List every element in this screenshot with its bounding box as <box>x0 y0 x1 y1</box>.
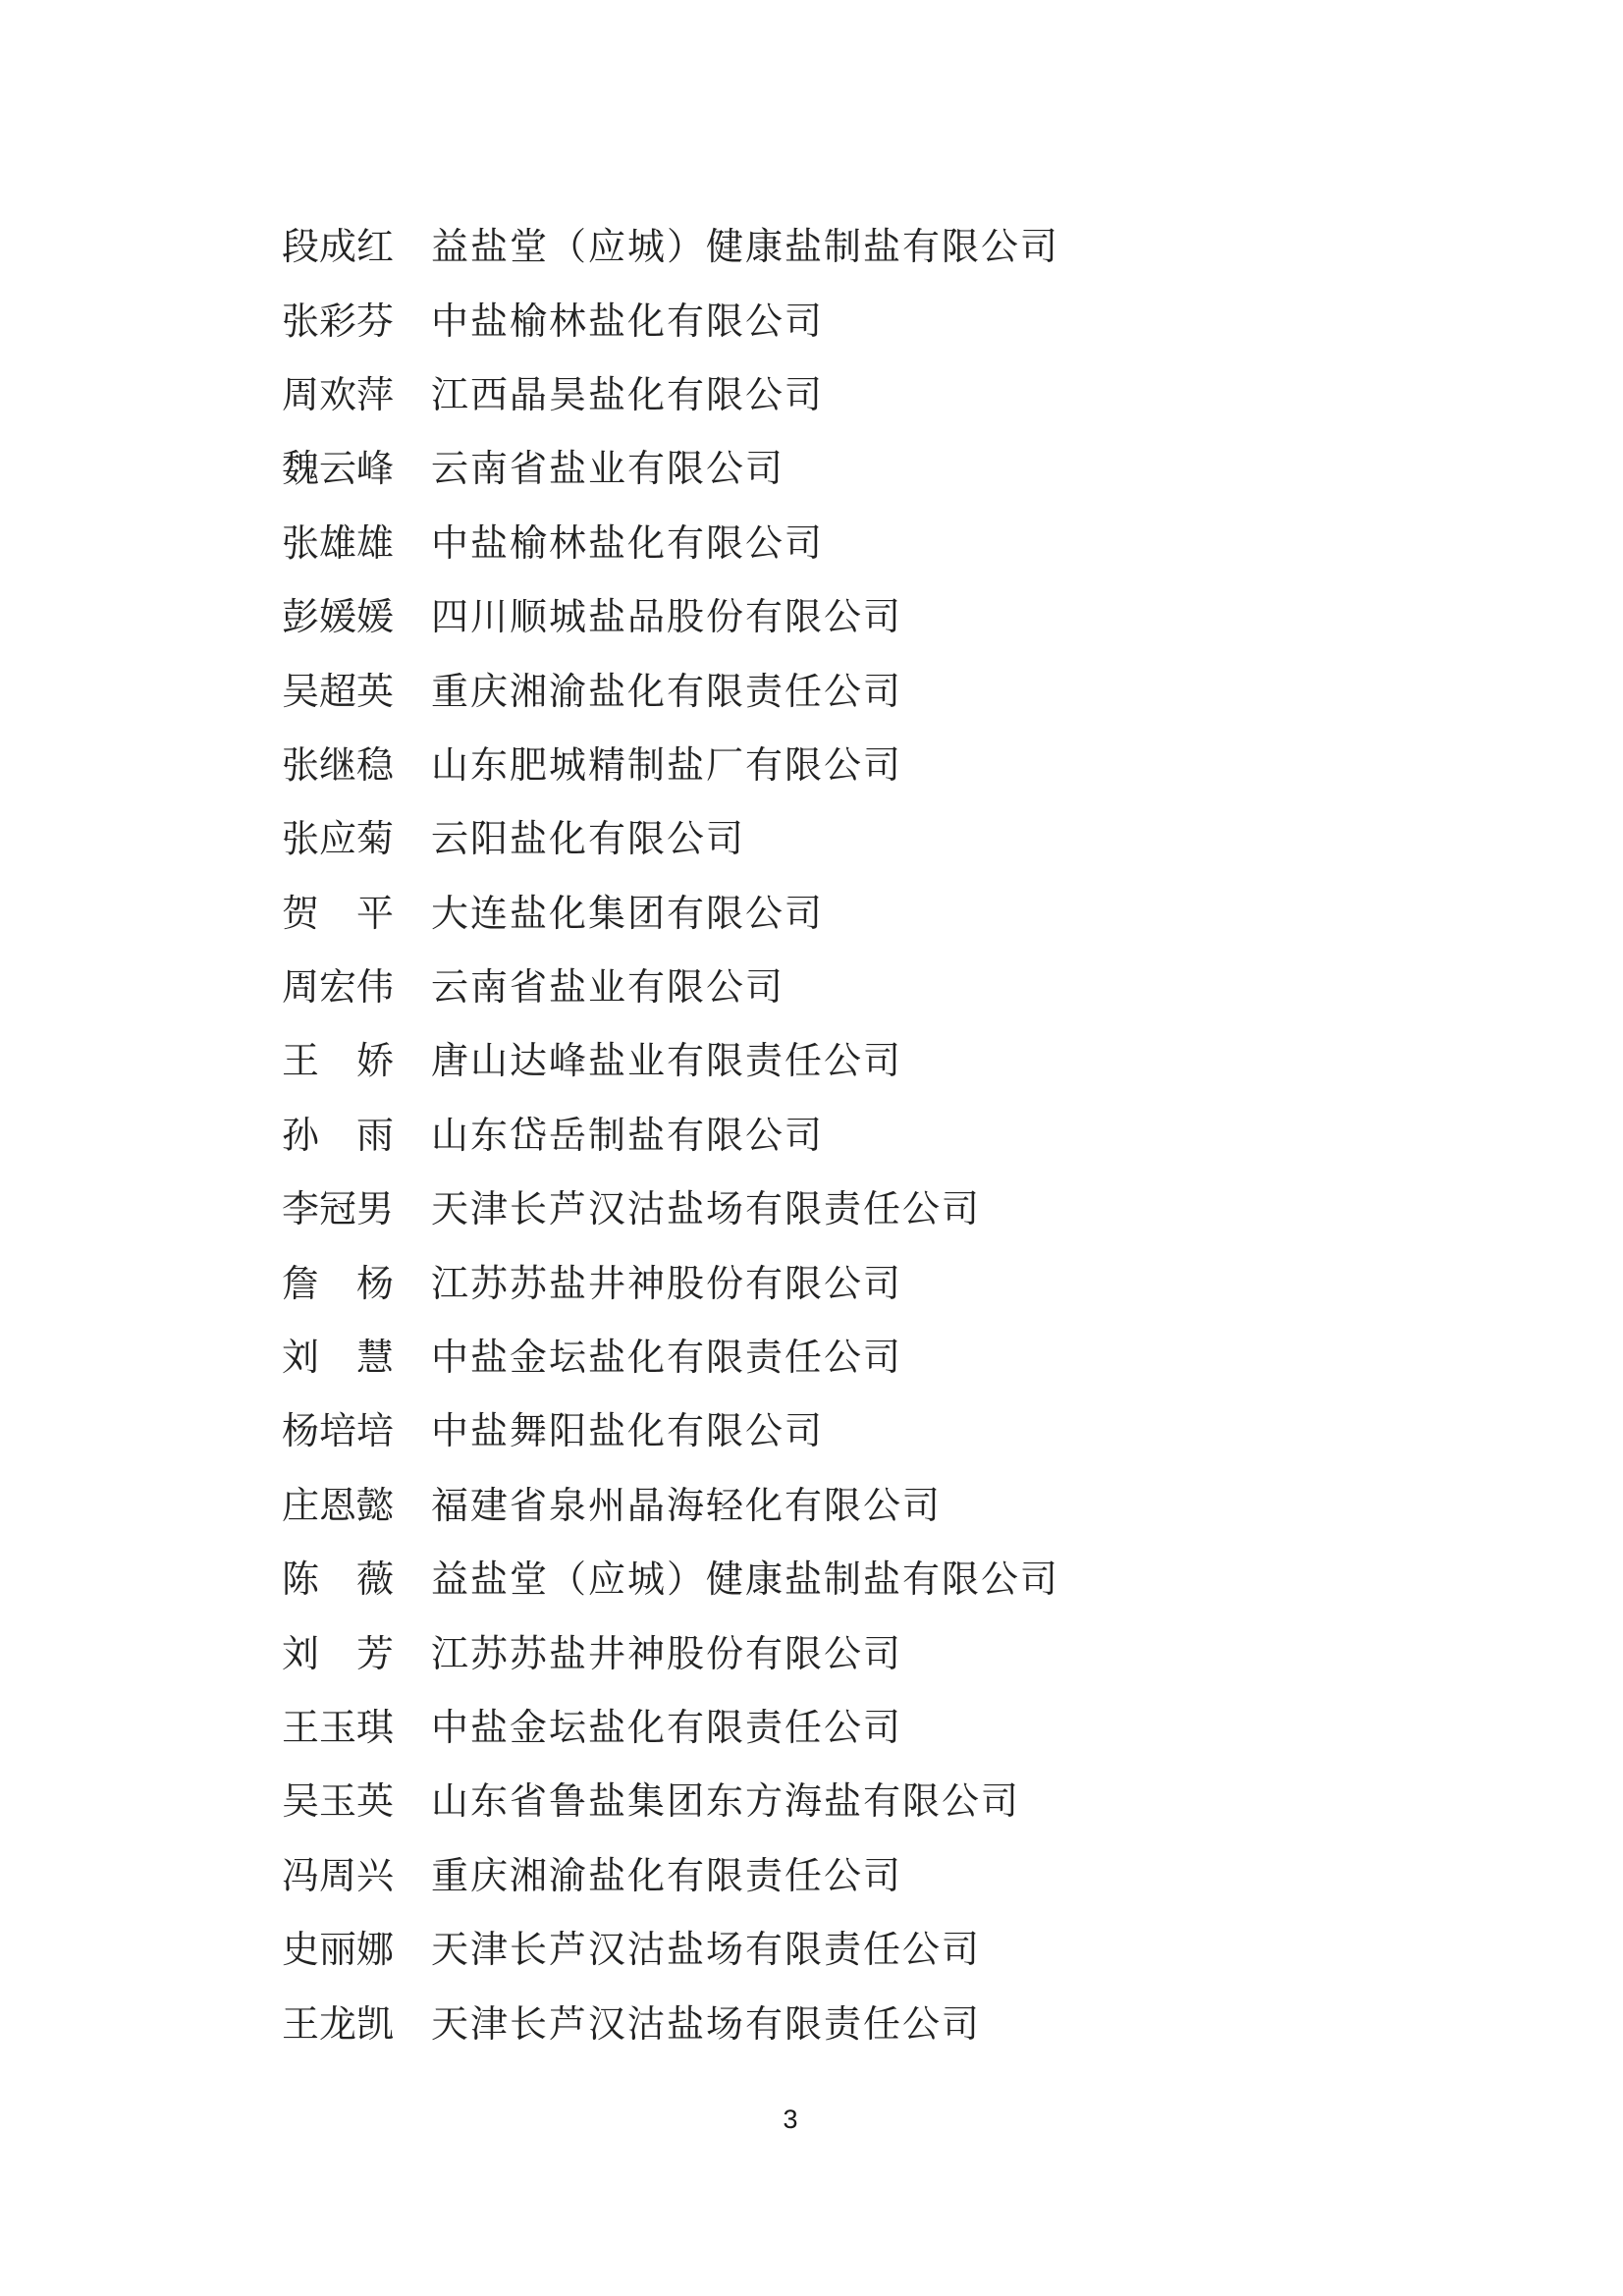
list-item: 冯周兴重庆湘渝盐化有限责任公司 <box>282 1835 1362 1909</box>
list-item: 王玉琪中盐金坛盐化有限责任公司 <box>282 1687 1362 1761</box>
person-name: 彭媛媛 <box>282 586 394 640</box>
person-name: 张应菊 <box>282 808 394 862</box>
company-name: 江西晶昊盐化有限公司 <box>431 364 824 418</box>
company-name: 天津长芦汉沽盐场有限责任公司 <box>431 1994 981 2048</box>
company-name: 中盐金坛盐化有限责任公司 <box>431 1327 902 1381</box>
person-name: 李冠男 <box>282 1178 394 1232</box>
list-item: 张雄雄中盐榆林盐化有限公司 <box>282 503 1362 576</box>
list-item: 段成红益盐堂（应城）健康盐制盐有限公司 <box>282 206 1362 280</box>
list-item: 陈薇益盐堂（应城）健康盐制盐有限公司 <box>282 1539 1362 1613</box>
list-item: 孙雨山东岱岳制盐有限公司 <box>282 1095 1362 1169</box>
list-item: 周欢萍江西晶昊盐化有限公司 <box>282 355 1362 428</box>
person-name: 周宏伟 <box>282 957 394 1011</box>
company-name: 云南省盐业有限公司 <box>431 957 784 1011</box>
list-item: 张继稳山东肥城精制盐厂有限公司 <box>282 725 1362 798</box>
list-item: 吴玉英山东省鲁盐集团东方海盐有限公司 <box>282 1761 1362 1834</box>
list-item: 詹杨江苏苏盐井神股份有限公司 <box>282 1242 1362 1316</box>
list-item: 李冠男天津长芦汉沽盐场有限责任公司 <box>282 1169 1362 1242</box>
list-item: 杨培培中盐舞阳盐化有限公司 <box>282 1391 1362 1464</box>
list-item: 刘芳江苏苏盐井神股份有限公司 <box>282 1613 1362 1686</box>
person-name: 吴玉英 <box>282 1771 394 1825</box>
person-name: 王娇 <box>282 1030 394 1084</box>
company-name: 重庆湘渝盐化有限责任公司 <box>431 1845 902 1899</box>
list-item: 彭媛媛四川顺城盐品股份有限公司 <box>282 576 1362 650</box>
person-name: 王龙凯 <box>282 1994 394 2048</box>
company-name: 益盐堂（应城）健康盐制盐有限公司 <box>431 216 1059 270</box>
person-name: 贺平 <box>282 883 394 937</box>
company-name: 天津长芦汉沽盐场有限责任公司 <box>431 1919 981 1973</box>
company-name: 福建省泉州晶海轻化有限公司 <box>431 1475 942 1529</box>
company-name: 唐山达峰盐业有限责任公司 <box>431 1030 902 1084</box>
list-item: 史丽娜天津长芦汉沽盐场有限责任公司 <box>282 1909 1362 1983</box>
person-name: 张雄雄 <box>282 513 394 567</box>
company-name: 重庆湘渝盐化有限责任公司 <box>431 661 902 715</box>
person-name: 吴超英 <box>282 661 394 715</box>
person-name: 史丽娜 <box>282 1919 394 1973</box>
person-name: 周欢萍 <box>282 364 394 418</box>
document-page: 段成红益盐堂（应城）健康盐制盐有限公司张彩芬中盐榆林盐化有限公司周欢萍江西晶昊盐… <box>0 0 1623 2296</box>
company-name: 中盐舞阳盐化有限公司 <box>431 1400 824 1454</box>
person-name: 孙雨 <box>282 1105 394 1159</box>
company-name: 山东肥城精制盐厂有限公司 <box>431 735 902 789</box>
person-name: 张继稳 <box>282 735 394 789</box>
company-name: 中盐金坛盐化有限责任公司 <box>431 1697 902 1751</box>
person-name: 詹杨 <box>282 1253 394 1307</box>
company-name: 江苏苏盐井神股份有限公司 <box>431 1623 902 1677</box>
company-name: 天津长芦汉沽盐场有限责任公司 <box>431 1178 981 1232</box>
person-name: 王玉琪 <box>282 1697 394 1751</box>
list-item: 张彩芬中盐榆林盐化有限公司 <box>282 280 1362 354</box>
company-name: 益盐堂（应城）健康盐制盐有限公司 <box>431 1549 1059 1603</box>
company-name: 四川顺城盐品股份有限公司 <box>431 586 902 640</box>
list-item: 周宏伟云南省盐业有限公司 <box>282 947 1362 1020</box>
person-name: 魏云峰 <box>282 438 394 492</box>
person-name: 杨培培 <box>282 1400 394 1454</box>
company-name: 江苏苏盐井神股份有限公司 <box>431 1253 902 1307</box>
person-name: 刘慧 <box>282 1327 394 1381</box>
person-name: 庄恩懿 <box>282 1475 394 1529</box>
list-item: 王娇唐山达峰盐业有限责任公司 <box>282 1020 1362 1094</box>
list-item: 庄恩懿福建省泉州晶海轻化有限公司 <box>282 1465 1362 1539</box>
person-name: 张彩芬 <box>282 291 394 345</box>
company-name: 云南省盐业有限公司 <box>431 438 784 492</box>
list-item: 贺平大连盐化集团有限公司 <box>282 873 1362 947</box>
person-name: 陈薇 <box>282 1549 394 1603</box>
list-item: 王龙凯天津长芦汉沽盐场有限责任公司 <box>282 1983 1362 2056</box>
company-name: 山东岱岳制盐有限公司 <box>431 1105 824 1159</box>
company-name: 中盐榆林盐化有限公司 <box>431 291 824 345</box>
person-name: 冯周兴 <box>282 1845 394 1899</box>
person-name: 段成红 <box>282 216 394 270</box>
list-item: 魏云峰云南省盐业有限公司 <box>282 428 1362 502</box>
company-name: 山东省鲁盐集团东方海盐有限公司 <box>431 1771 1020 1825</box>
list-item: 张应菊云阳盐化有限公司 <box>282 798 1362 872</box>
page-number: 3 <box>766 2105 815 2135</box>
list-item: 刘慧中盐金坛盐化有限责任公司 <box>282 1317 1362 1391</box>
list-item: 吴超英重庆湘渝盐化有限责任公司 <box>282 650 1362 724</box>
person-name: 刘芳 <box>282 1623 394 1677</box>
company-name: 云阳盐化有限公司 <box>431 808 745 862</box>
company-name: 中盐榆林盐化有限公司 <box>431 513 824 567</box>
company-name: 大连盐化集团有限公司 <box>431 883 824 937</box>
roster-list: 段成红益盐堂（应城）健康盐制盐有限公司张彩芬中盐榆林盐化有限公司周欢萍江西晶昊盐… <box>282 206 1362 2057</box>
